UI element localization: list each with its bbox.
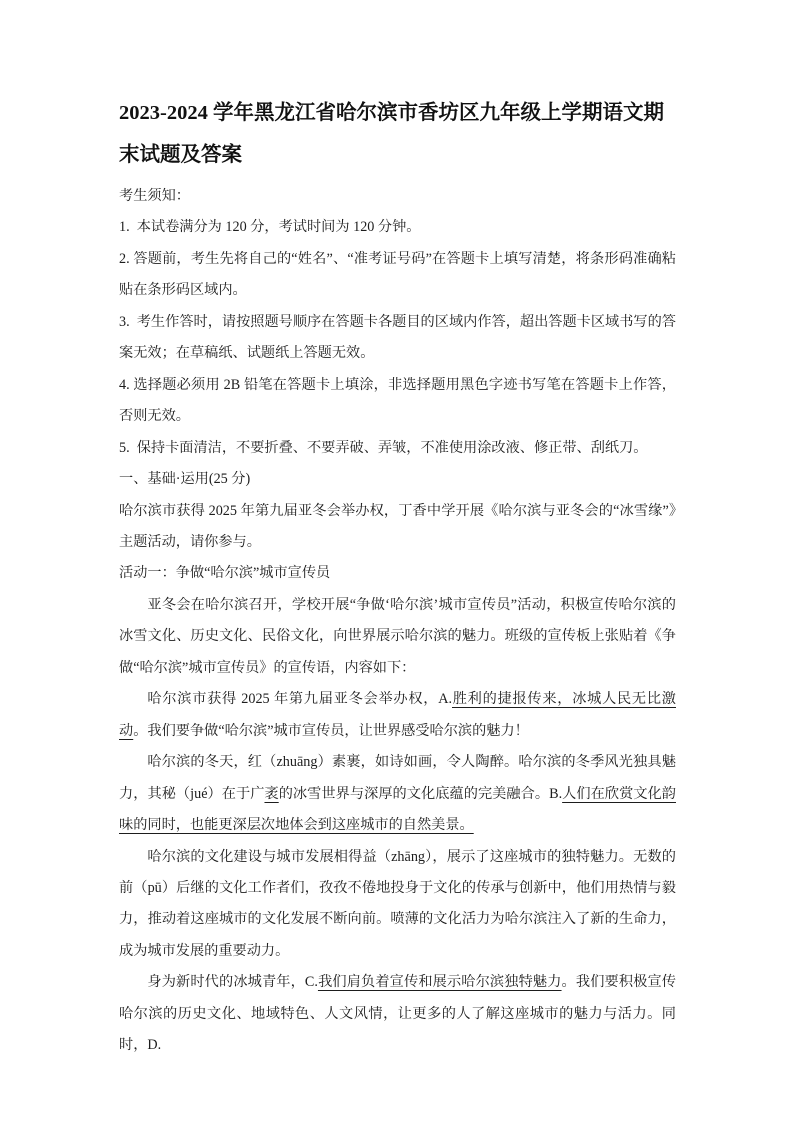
text-segment: 5. 保持卡面清洁，不要折叠、不要弄破、弄皱，不准使用涂改液、修正带、刮纸刀。 (119, 440, 648, 456)
text-segment: 身为新时代的冰城青年，C. (147, 974, 318, 990)
underlined-text: 袤 (264, 786, 278, 802)
document-page: 2023-2024 学年黑龙江省哈尔滨市香坊区九年级上学期语文期末试题及答案 考… (0, 0, 793, 1122)
promo-paragraph-2: 哈尔滨的冬天，红（zhuāng）素裹，如诗如画，令人陶醉。哈尔滨的冬季风光独具魅… (119, 747, 676, 841)
underlined-text: 我们肩负着宣传和展示哈尔滨独特魅力 (318, 974, 562, 990)
notice-item-3: 3. 考生作答时，请按照题号顺序在答题卡各题目的区域内作答，超出答题卡区域书写的… (119, 307, 676, 370)
document-body: 考生须知：1. 本试卷满分为 120 分，考试时间为 120 分钟。2. 答题前… (119, 181, 676, 1062)
text-segment: 亚冬会在哈尔滨召开，学校开展“争做‘哈尔滨’城市宣传员”活动，积极宣传哈尔滨的冰… (119, 597, 676, 676)
notice-item-2: 2. 答题前，考生先将自己的“姓名”、“准考证号码”在答题卡上填写清楚，将条形码… (119, 244, 676, 307)
section-intro: 哈尔滨市获得 2025 年第九届亚冬会举办权，丁香中学开展《哈尔滨与亚冬会的“冰… (119, 496, 676, 559)
promo-paragraph-1: 哈尔滨市获得 2025 年第九届亚冬会举办权，A.胜利的捷报传来，冰城人民无比激… (119, 684, 676, 747)
promo-paragraph-4: 身为新时代的冰城青年，C.我们肩负着宣传和展示哈尔滨独特魅力。我们要积极宣传哈尔… (119, 967, 676, 1061)
text-segment: 4. 选择题必须用 2B 铅笔在答题卡上填涂，非选择题用黑色字迹书写笔在答题卡上… (119, 377, 676, 424)
document-title: 2023-2024 学年黑龙江省哈尔滨市香坊区九年级上学期语文期末试题及答案 (119, 92, 676, 176)
notice-item-5: 5. 保持卡面清洁，不要折叠、不要弄破、弄皱，不准使用涂改液、修正带、刮纸刀。 (119, 433, 676, 464)
activity-intro: 亚冬会在哈尔滨召开，学校开展“争做‘哈尔滨’城市宣传员”活动，积极宣传哈尔滨的冰… (119, 590, 676, 684)
promo-paragraph-3: 哈尔滨的文化建设与城市发展相得益（zhāng），展示了这座城市的独特魅力。无数的… (119, 842, 676, 968)
text-segment: 哈尔滨市获得 2025 年第九届亚冬会举办权，丁香中学开展《哈尔滨与亚冬会的“冰… (119, 503, 676, 550)
notice-item-1: 1. 本试卷满分为 120 分，考试时间为 120 分钟。 (119, 212, 676, 243)
text-segment: 哈尔滨的文化建设与城市发展相得益（zhāng），展示了这座城市的独特魅力。无数的… (119, 849, 676, 959)
notice-heading: 考生须知： (119, 181, 676, 212)
text-segment: 3. 考生作答时，请按照题号顺序在答题卡各题目的区域内作答，超出答题卡区域书写的… (119, 314, 676, 361)
text-segment: 1. 本试卷满分为 120 分，考试时间为 120 分钟。 (119, 219, 421, 235)
text-segment: 一、基础·运用(25 分) (119, 471, 250, 487)
text-segment: 的冰雪世界与深厚的文化底蕴的完美融合。B. (279, 786, 562, 802)
text-segment: 哈尔滨市获得 2025 年第九届亚冬会举办权，A. (147, 691, 452, 707)
activity-heading: 活动一：争做“哈尔滨”城市宣传员 (119, 558, 676, 589)
text-segment: 考生须知： (119, 188, 190, 204)
text-segment: 活动一：争做“哈尔滨”城市宣传员 (119, 565, 330, 581)
text-segment: 2. 答题前，考生先将自己的“姓名”、“准考证号码”在答题卡上填写清楚，将条形码… (119, 251, 676, 298)
notice-item-4: 4. 选择题必须用 2B 铅笔在答题卡上填涂，非选择题用黑色字迹书写笔在答题卡上… (119, 370, 676, 433)
section-heading: 一、基础·运用(25 分) (119, 464, 676, 495)
text-segment: 。我们要争做“哈尔滨”城市宣传员，让世界感受哈尔滨的魅力！ (133, 723, 529, 739)
